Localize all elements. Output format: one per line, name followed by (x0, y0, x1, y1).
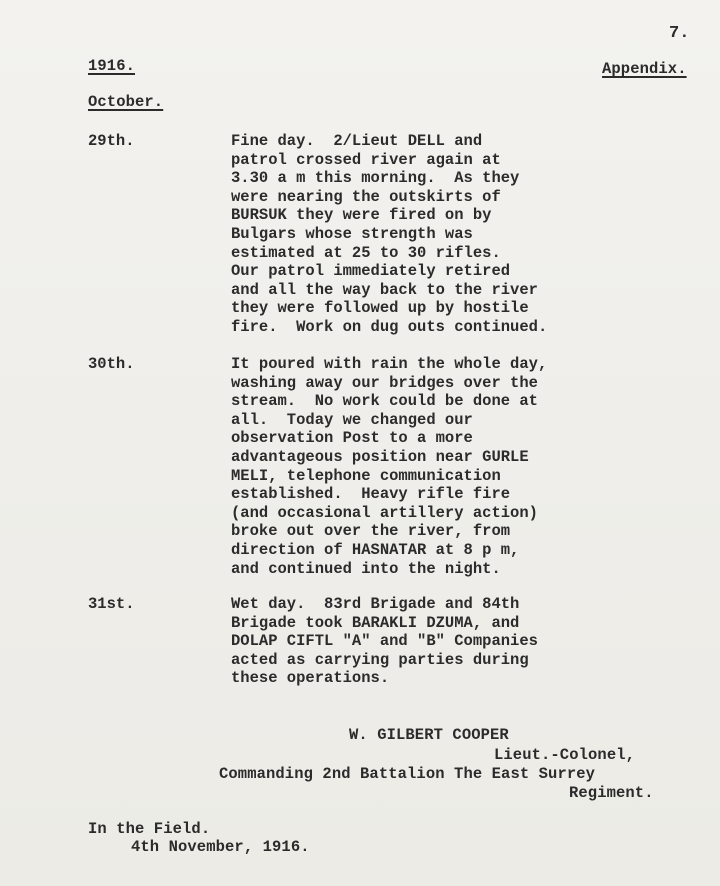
entry-line: Brigade took BARAKLI DZUMA, and (231, 614, 538, 633)
entry-line: were nearing the outskirts of (231, 188, 547, 207)
entry-line: Wet day. 83rd Brigade and 84th (231, 595, 538, 614)
entry-line: MELI, telephone communication (231, 467, 547, 486)
footer-place: In the Field. (88, 820, 210, 839)
entry-line: they were followed up by hostile (231, 299, 547, 318)
entry-day-30: 30th. (88, 355, 135, 373)
signature-command: Commanding 2nd Battalion The East Surrey (219, 765, 595, 784)
entry-line: (and occasional artillery action) (231, 504, 547, 523)
typed-document-page: 7. 1916. Appendix. October. 29th. Fine d… (0, 0, 720, 886)
entry-line: these operations. (231, 669, 538, 688)
entry-line: fire. Work on dug outs continued. (231, 318, 547, 337)
entry-line: DOLAP CIFTL "A" and "B" Companies (231, 632, 538, 651)
appendix-heading: Appendix. (602, 60, 687, 79)
entry-line: all. Today we changed our (231, 411, 547, 430)
entry-line: and all the way back to the river (231, 281, 547, 300)
entry-line: 3.30 a m this morning. As they (231, 169, 547, 188)
month-heading: October. (88, 93, 163, 112)
entry-line: stream. No work could be done at (231, 392, 547, 411)
entry-day-31: 31st. (88, 595, 135, 613)
signature-rank: Lieut.-Colonel, (494, 746, 635, 765)
entry-line: and continued into the night. (231, 560, 547, 579)
entry-line: estimated at 25 to 30 rifles. (231, 244, 547, 263)
entry-text-31: Wet day. 83rd Brigade and 84th Brigade t… (231, 595, 538, 688)
entry-text-30: It poured with rain the whole day, washi… (231, 355, 547, 578)
entry-line: direction of HASNATAR at 8 p m, (231, 541, 547, 560)
entry-line: patrol crossed river again at (231, 151, 547, 170)
entry-line: advantageous position near GURLE (231, 448, 547, 467)
entry-line: It poured with rain the whole day, (231, 355, 547, 374)
entry-line: acted as carrying parties during (231, 651, 538, 670)
entry-line: BURSUK they were fired on by (231, 206, 547, 225)
entry-day-29: 29th. (88, 132, 135, 150)
page-number: 7. (669, 24, 690, 43)
entry-line: Fine day. 2/Lieut DELL and (231, 132, 547, 151)
footer-date: 4th November, 1916. (131, 838, 310, 857)
entry-line: established. Heavy rifle fire (231, 485, 547, 504)
entry-line: washing away our bridges over the (231, 374, 547, 393)
signature-regiment: Regiment. (569, 784, 654, 803)
entry-line: Bulgars whose strength was (231, 225, 547, 244)
entry-line: observation Post to a more (231, 429, 547, 448)
entry-line: broke out over the river, from (231, 522, 547, 541)
year-heading: 1916. (88, 57, 135, 76)
signature-name: W. GILBERT COOPER (349, 726, 509, 745)
entry-text-29: Fine day. 2/Lieut DELL and patrol crosse… (231, 132, 547, 337)
entry-line: Our patrol immediately retired (231, 262, 547, 281)
